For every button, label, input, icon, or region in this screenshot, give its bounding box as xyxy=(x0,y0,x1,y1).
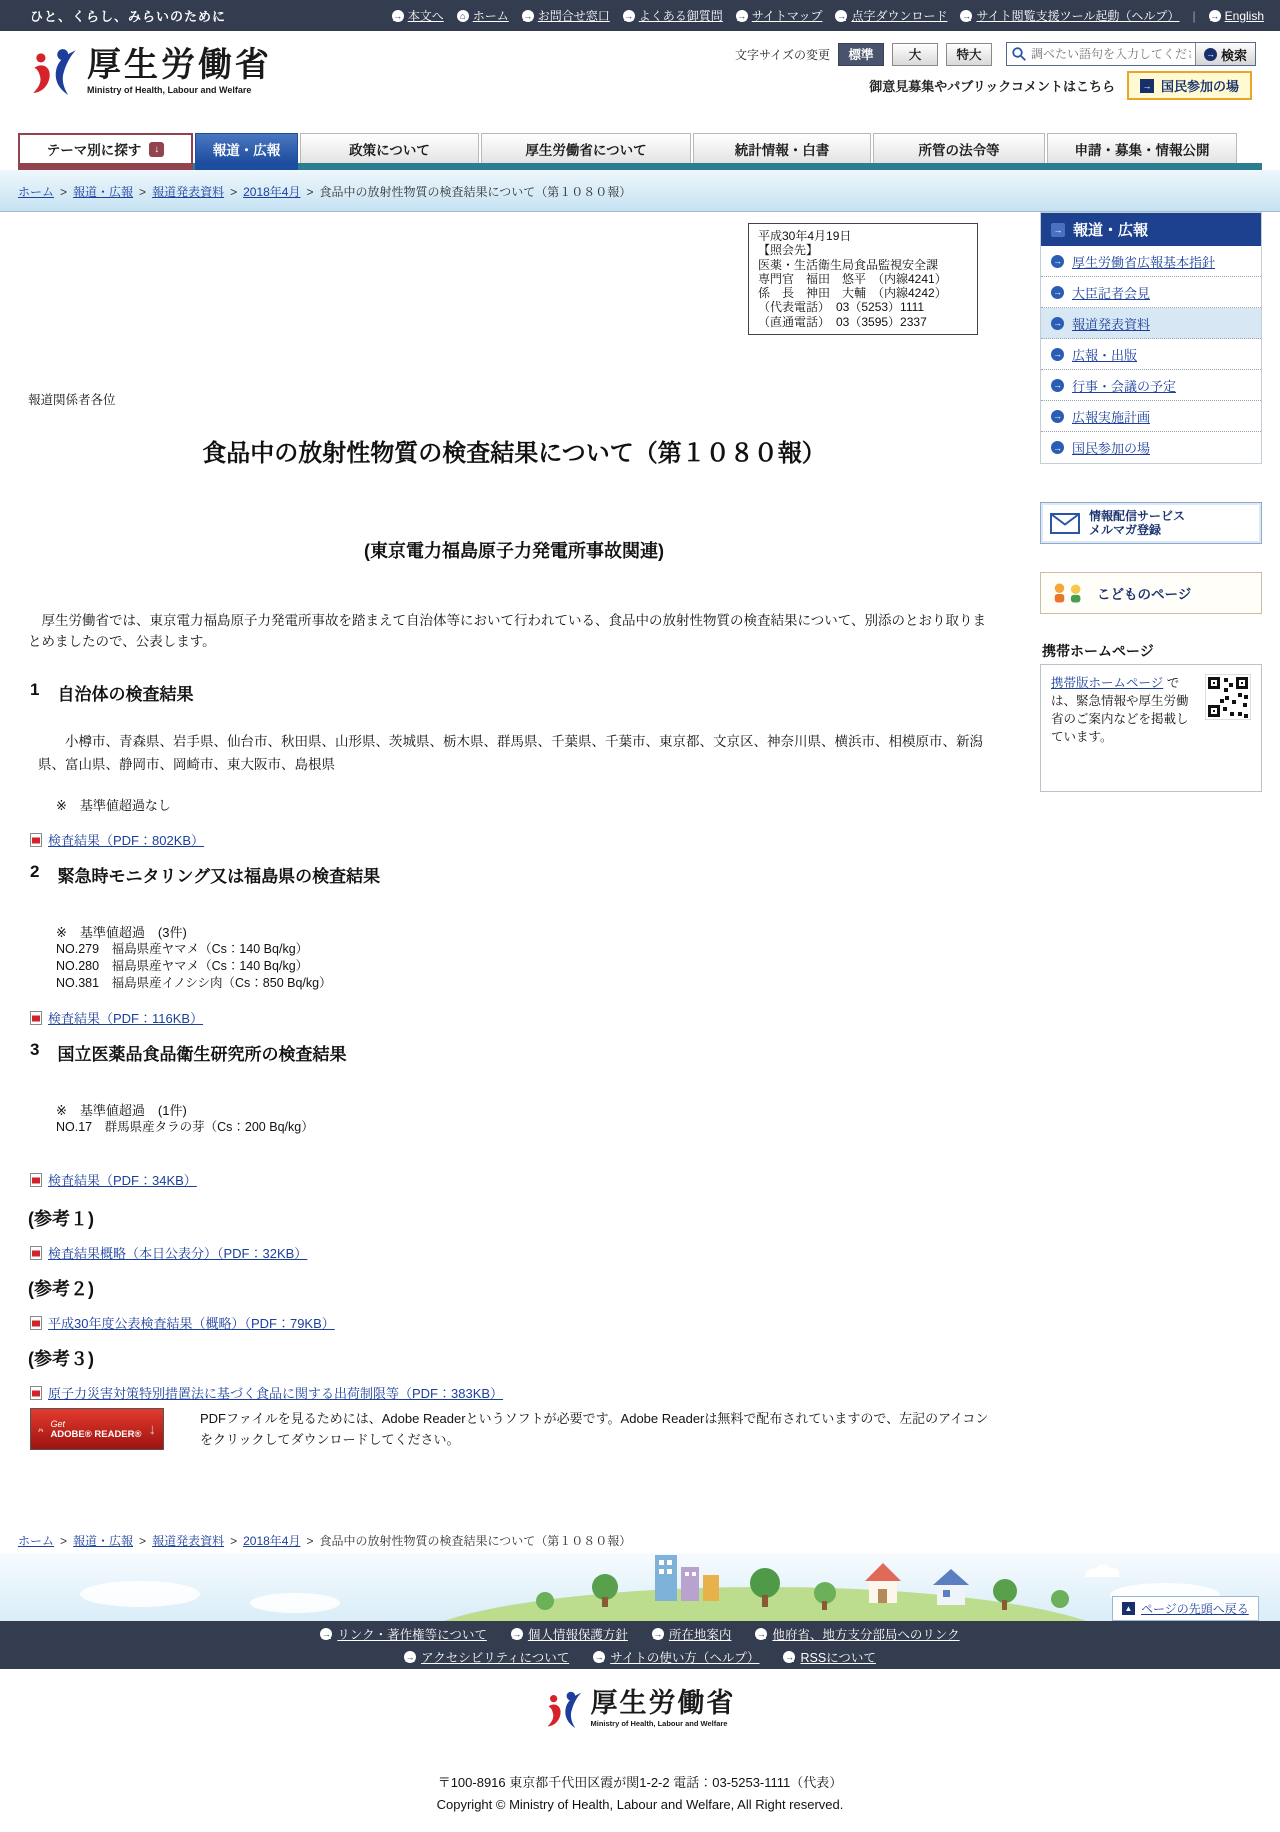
logo-title: 厚生労働省 xyxy=(87,48,272,82)
mail-banner-text: 情報配信サービス メルマガ登録 xyxy=(1089,509,1185,537)
section-1-pdf-link[interactable]: 検査結果（PDF：802KB） xyxy=(30,830,204,849)
public-participation-button[interactable]: → 国民参加の場 xyxy=(1127,71,1252,100)
tab-press-pr[interactable]: 報道・広報 xyxy=(195,133,298,163)
footer-link-other-ministries[interactable]: →他府省、地方支分部局へのリンク xyxy=(755,1625,959,1643)
arrow-circle-icon: → xyxy=(1051,317,1064,330)
utility-link-home[interactable]: ⌂ホーム xyxy=(457,7,509,24)
section-2-pdf-link[interactable]: 検査結果（PDF：116KB） xyxy=(30,1008,203,1027)
arrow-circle-icon: → xyxy=(736,10,748,22)
sidebar-menu-title[interactable]: → 報道・広報 xyxy=(1041,213,1261,246)
divider: | xyxy=(1193,9,1196,23)
breadcrumb-press-releases[interactable]: 報道発表資料 xyxy=(152,183,224,200)
search-box: → 検索 xyxy=(1006,42,1256,66)
arrow-circle-icon: → xyxy=(593,1651,605,1663)
release-date: 平成30年4月19日 xyxy=(758,229,968,243)
section-1-heading: 1自治体の検査結果 xyxy=(30,680,193,705)
arrow-circle-icon: → xyxy=(1051,410,1064,423)
footer-address: 〒100-8916 東京都千代田区霞が関1-2-2 電話：03-5253-111… xyxy=(0,1772,1280,1791)
cloud-shape xyxy=(80,1581,200,1607)
contact-person-1: 専門官 福田 悠平 （内線4241） xyxy=(758,272,968,286)
breadcrumb-current: 食品中の放射性物質の検査結果について（第１０８０報） xyxy=(319,183,631,200)
sidebar-item-public-participation[interactable]: → 国民参加の場 xyxy=(1041,432,1261,463)
pdf-file-icon xyxy=(30,1386,42,1400)
footer-link-copyright-policy[interactable]: →リンク・著作権等について xyxy=(320,1625,487,1643)
utility-link-accessibility-tool[interactable]: →サイト閲覧支援ツール起動（ヘルプ） xyxy=(960,7,1179,24)
breadcrumb: ホーム> 報道・広報> 報道発表資料> 2018年4月> 食品中の放射性物質の検… xyxy=(18,183,631,200)
footer-logo[interactable]: 厚生労働省 Ministry of Health, Labour and Wel… xyxy=(0,1688,1280,1730)
public-comment-row: 御意見募集やパブリックコメントはこちら → 国民参加の場 xyxy=(869,71,1252,100)
sidebar-item-publications[interactable]: → 広報・出版 xyxy=(1041,339,1261,370)
chevron-down-icon: ↓ xyxy=(149,142,164,157)
contact-department: 医薬・生活衛生局食品監視安全課 xyxy=(758,258,968,272)
font-size-and-search: 文字サイズの変更 標準 大 特大 → 検索 xyxy=(735,42,1256,66)
qr-code xyxy=(1205,674,1251,720)
utility-links: →本文へ ⌂ホーム →お問合せ窓口 →よくある御質問 →サイトマップ →点字ダウ… xyxy=(392,7,1264,24)
adobe-badge-text: Get ADOBE® READER® xyxy=(50,1419,141,1440)
footer-link-location[interactable]: →所在地案内 xyxy=(652,1625,732,1643)
section-2-note: ※ 基準値超過 (3件) xyxy=(56,922,187,941)
pdf-file-icon xyxy=(30,1246,42,1260)
nav-underline-active xyxy=(195,163,298,170)
arrow-circle-icon: → xyxy=(511,1628,523,1640)
sidebar-item-minister-press[interactable]: → 大臣記者会見 xyxy=(1041,277,1261,308)
pdf-file-icon xyxy=(30,1011,42,1025)
utility-link-english[interactable]: →English xyxy=(1209,9,1264,23)
arrow-circle-icon: → xyxy=(1051,286,1064,299)
utility-link-braille-download[interactable]: →点字ダウンロード xyxy=(835,7,947,24)
reference-3-heading: (参考３) xyxy=(28,1345,94,1371)
reference-2-heading: (参考２) xyxy=(28,1275,94,1301)
back-to-top-button[interactable]: ▲ ページの先頭へ戻る xyxy=(1112,1596,1259,1621)
arrow-square-icon: → xyxy=(1140,79,1154,93)
footer-illustration-band xyxy=(0,1553,1280,1621)
footer-copyright: Copyright © Ministry of Health, Labour a… xyxy=(0,1797,1280,1812)
exceedance-item: NO.279 福島県産ヤマメ（Cs：140 Bq/kg） xyxy=(56,941,332,958)
font-size-label: 文字サイズの変更 xyxy=(735,46,830,63)
arrow-circle-icon: → xyxy=(652,1628,664,1640)
search-icon xyxy=(1011,46,1027,62)
sidebar-item-pr-policy[interactable]: → 厚生労働省広報基本指針 xyxy=(1041,246,1261,277)
breadcrumb-press-releases[interactable]: 報道発表資料 xyxy=(152,1532,224,1549)
section-3-heading: 3国立医薬品食品衛生研究所の検査結果 xyxy=(30,1040,346,1065)
tab-theme-search[interactable]: テーマ別に探す ↓ xyxy=(18,133,193,163)
tab-about-mhlw[interactable]: 厚生労働省について xyxy=(481,133,691,163)
download-arrow-icon: ↓ xyxy=(149,1421,157,1438)
font-size-xlarge-button[interactable]: 特大 xyxy=(946,43,992,66)
arrow-circle-icon: → xyxy=(1051,379,1064,392)
contact-tel-direct: （直通電話） 03（3595）2337 xyxy=(758,315,968,329)
pdf-file-icon xyxy=(30,833,42,847)
logo-text: 厚生労働省 Ministry of Health, Labour and Wel… xyxy=(87,48,272,95)
public-comment-text: 御意見募集やパブリックコメントはこちら xyxy=(869,76,1115,95)
cloud-shape xyxy=(250,1593,340,1613)
utility-link-faq[interactable]: →よくある御質問 xyxy=(623,7,723,24)
breadcrumb-press-pr[interactable]: 報道・広報 xyxy=(73,1532,133,1549)
adobe-reader-note: PDFファイルを見るためには、Adobe Readerというソフトが必要です。A… xyxy=(200,1408,1000,1450)
tab-applications[interactable]: 申請・募集・情報公開 xyxy=(1047,133,1237,163)
breadcrumb-home[interactable]: ホーム xyxy=(18,1532,54,1549)
search-input[interactable] xyxy=(1027,47,1195,61)
page-subtitle: (東京電力福島原子力発電所事故関連) xyxy=(18,537,1010,563)
kids-banner-text: こどものページ xyxy=(1097,583,1191,603)
mobile-site-link[interactable]: 携帯版ホームページ xyxy=(1051,676,1163,690)
breadcrumb-home[interactable]: ホーム xyxy=(18,183,54,200)
contact-label: 【照会先】 xyxy=(758,243,968,257)
contact-person-2: 係 長 神田 大輔 （内線4242） xyxy=(758,286,968,300)
contact-info-box: 平成30年4月19日 【照会先】 医薬・生活衛生局食品監視安全課 専門官 福田 … xyxy=(748,223,978,335)
utility-link-main-content[interactable]: →本文へ xyxy=(392,7,444,24)
logo-subtitle: Ministry of Health, Labour and Welfare xyxy=(87,85,272,95)
contact-tel-main: （代表電話） 03（5253）1111 xyxy=(758,300,968,314)
global-nav: テーマ別に探す ↓ 報道・広報 政策について 厚生労働省について 統計情報・白書… xyxy=(18,133,1237,163)
section-2-items: NO.279 福島県産ヤマメ（Cs：140 Bq/kg） NO.280 福島県産… xyxy=(56,941,332,992)
tab-laws[interactable]: 所管の法令等 xyxy=(873,133,1045,163)
sidebar-press-pr-menu: → 報道・広報 → 厚生労働省広報基本指針 → 大臣記者会見 → 報道発表資料 … xyxy=(1040,212,1262,464)
mobile-site-heading: 携帯ホームページ xyxy=(1042,641,1154,661)
search-button[interactable]: → 検索 xyxy=(1195,43,1255,65)
sidebar-item-events[interactable]: → 行事・会議の予定 xyxy=(1041,370,1261,401)
footer-link-site-help[interactable]: →サイトの使い方（ヘルプ） xyxy=(593,1648,759,1666)
arrow-circle-icon: → xyxy=(1209,10,1221,22)
footer-link-privacy-policy[interactable]: →個人情報保護方針 xyxy=(511,1625,628,1643)
utility-link-sitemap[interactable]: →サイトマップ xyxy=(736,7,823,24)
get-adobe-reader-badge[interactable]: Get ADOBE® READER® ↓ xyxy=(30,1408,164,1450)
footer-logo-title: 厚生労働省 xyxy=(591,1690,736,1717)
page-title: 食品中の放射性物質の検査結果について（第１０８０報） xyxy=(18,433,1010,468)
exceedance-item: NO.381 福島県産イノシシ肉（Cs：850 Bq/kg） xyxy=(56,975,332,992)
arrow-circle-icon: → xyxy=(1204,48,1217,61)
arrow-circle-icon: → xyxy=(1051,255,1064,268)
arrow-circle-icon: → xyxy=(623,10,635,22)
arrow-circle-icon: → xyxy=(1051,348,1064,361)
section-2-heading: 2緊急時モニタリング又は福島県の検査結果 xyxy=(30,862,380,887)
arrow-circle-icon: → xyxy=(835,10,847,22)
up-arrow-icon: ▲ xyxy=(1122,1602,1135,1615)
mobile-site-box: 携帯版ホームページ では、緊急情報や厚生労働省のご案内などを掲載しています。 xyxy=(1040,664,1262,792)
arrow-circle-icon: → xyxy=(1051,441,1064,454)
mhlw-logo-icon xyxy=(30,44,78,98)
pdf-file-icon xyxy=(30,1316,42,1330)
nav-underline xyxy=(18,163,1262,170)
breadcrumb-press-pr[interactable]: 報道・広報 xyxy=(73,183,133,200)
mail-magazine-banner[interactable]: 情報配信サービス メルマガ登録 xyxy=(1040,502,1262,544)
arrow-square-icon: → xyxy=(1051,223,1065,237)
reference-2-pdf-link[interactable]: 平成30年度公表検査結果（概略）（PDF：79KB） xyxy=(30,1313,335,1332)
page: ひと、くらし、みらいのために →本文へ ⌂ホーム →お問合せ窓口 →よくある御質… xyxy=(0,0,1280,1832)
children-icon xyxy=(1050,581,1088,605)
home-icon: ⌂ xyxy=(457,10,469,22)
top-utility-bar: ひと、くらし、みらいのために →本文へ ⌂ホーム →お問合せ窓口 →よくある御質… xyxy=(0,0,1280,31)
footer-logo-text: 厚生労働省 Ministry of Health, Labour and Wel… xyxy=(591,1690,736,1728)
reference-3-pdf-link[interactable]: 原子力災害対策特別措置法に基づく食品に関する出荷制限等（PDF：383KB） xyxy=(30,1383,503,1402)
sidebar-item-pr-plan[interactable]: → 広報実施計画 xyxy=(1041,401,1261,432)
arrow-circle-icon: → xyxy=(320,1628,332,1640)
footer-links-bar: →リンク・著作権等について →個人情報保護方針 →所在地案内 →他府省、地方支分… xyxy=(0,1621,1280,1669)
adobe-reader-icon xyxy=(38,1421,43,1438)
arrow-circle-icon: → xyxy=(404,1651,416,1663)
envelope-icon xyxy=(1050,513,1080,534)
sidebar-item-press-releases[interactable]: → 報道発表資料 xyxy=(1041,308,1261,339)
reference-1-heading: (参考１) xyxy=(28,1205,94,1231)
arrow-circle-icon: → xyxy=(960,10,972,22)
footer-link-accessibility[interactable]: →アクセシビリティについて xyxy=(404,1648,569,1666)
salutation: 報道関係者各位 xyxy=(28,390,116,408)
footer-link-rss[interactable]: →RSSについて xyxy=(783,1648,875,1666)
site-tagline: ひと、くらし、みらいのために xyxy=(30,6,226,25)
mhlw-logo[interactable]: 厚生労働省 Ministry of Health, Labour and Wel… xyxy=(30,44,272,98)
section-3-pdf-link[interactable]: 検査結果（PDF：34KB） xyxy=(30,1170,197,1189)
footer-links-row-2: →アクセシビリティについて →サイトの使い方（ヘルプ） →RSSについて xyxy=(404,1648,876,1666)
utility-link-contact[interactable]: →お問合せ窓口 xyxy=(522,7,610,24)
tab-statistics[interactable]: 統計情報・白書 xyxy=(693,133,871,163)
reference-1-pdf-link[interactable]: 検査結果概略（本日公表分）（PDF：32KB） xyxy=(30,1243,307,1262)
tab-policy[interactable]: 政策について xyxy=(300,133,479,163)
nav-underline-theme xyxy=(18,163,193,170)
breadcrumb-bottom: ホーム> 報道・広報> 報道発表資料> 2018年4月> 食品中の放射性物質の検… xyxy=(18,1532,631,1549)
exceedance-item: NO.17 群馬県産タラの芽（Cs：200 Bq/kg） xyxy=(56,1119,314,1136)
exceedance-item: NO.280 福島県産ヤマメ（Cs：140 Bq/kg） xyxy=(56,958,332,975)
font-size-large-button[interactable]: 大 xyxy=(892,43,938,66)
section-1-note: ※ 基準値超過なし xyxy=(56,795,171,814)
mhlw-logo-icon xyxy=(545,1688,583,1730)
font-size-standard-button[interactable]: 標準 xyxy=(838,43,884,66)
breadcrumb-current: 食品中の放射性物質の検査結果について（第１０８０報） xyxy=(319,1532,631,1549)
section-1-body: 小樽市、青森県、岩手県、仙台市、秋田県、山形県、茨城県、栃木県、群馬県、千葉県、… xyxy=(38,730,988,776)
pdf-file-icon xyxy=(30,1173,42,1187)
breadcrumb-2018-april[interactable]: 2018年4月 xyxy=(243,183,300,200)
footer-links-row-1: →リンク・著作権等について →個人情報保護方針 →所在地案内 →他府省、地方支分… xyxy=(320,1625,959,1643)
kids-page-banner[interactable]: こどものページ xyxy=(1040,572,1262,614)
intro-paragraph: 厚生労働省では、東京電力福島原子力発電所事故を踏まえて自治体等において行われてい… xyxy=(28,610,990,652)
arrow-circle-icon: → xyxy=(392,10,404,22)
arrow-circle-icon: → xyxy=(522,10,534,22)
footer-logo-subtitle: Ministry of Health, Labour and Welfare xyxy=(591,1719,736,1728)
section-3-note: ※ 基準値超過 (1件) xyxy=(56,1100,187,1119)
arrow-circle-icon: → xyxy=(783,1651,795,1663)
breadcrumb-2018-april[interactable]: 2018年4月 xyxy=(243,1532,300,1549)
arrow-circle-icon: → xyxy=(755,1628,767,1640)
town-illustration xyxy=(385,1553,1145,1621)
section-3-items: NO.17 群馬県産タラの芽（Cs：200 Bq/kg） xyxy=(56,1119,314,1136)
